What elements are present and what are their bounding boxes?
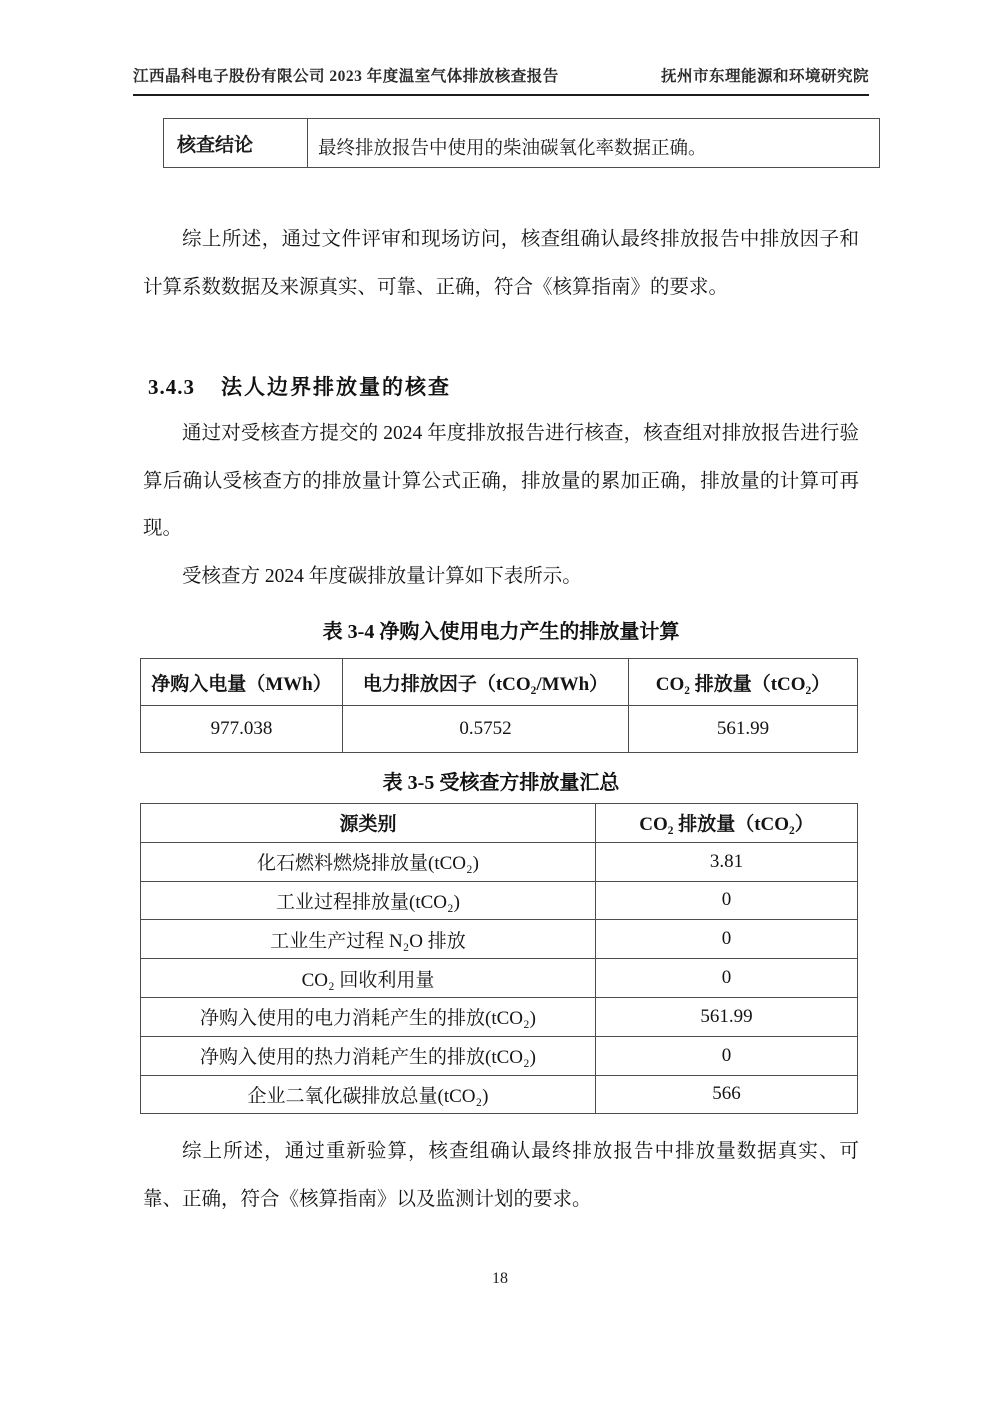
conclusion-table: 核查结论 最终排放报告中使用的柴油碳氧化率数据正确。 (163, 118, 880, 168)
table-row: CO₂ 回收利用量 0 (141, 959, 858, 998)
table-cell: 0 (596, 959, 858, 998)
table-cell: 净购入使用的热力消耗产生的排放(tCO₂) (141, 1036, 596, 1075)
header-right-text: 抚州市东理能源和环境研究院 (661, 64, 869, 86)
table-cell: CO₂ 回收利用量 (141, 959, 596, 998)
table-cell: 0 (596, 1036, 858, 1075)
table-cell: 0 (596, 881, 858, 920)
section-number: 3.4.3 (148, 375, 195, 399)
table-header-cell: CO₂ 排放量（tCO₂） (596, 804, 858, 843)
table-row: 核查结论 最终排放报告中使用的柴油碳氧化率数据正确。 (164, 119, 880, 168)
document-page: 江西晶科电子股份有限公司 2023 年度温室气体排放核查报告 抚州市东理能源和环… (0, 0, 1000, 1414)
table-3-5: 源类别 CO₂ 排放量（tCO₂） 化石燃料燃烧排放量(tCO₂) 3.81 工… (140, 803, 858, 1114)
table-cell: 977.038 (141, 706, 343, 753)
conclusion-content-cell: 最终排放报告中使用的柴油碳氧化率数据正确。 (308, 119, 880, 168)
table-row: 净购入使用的热力消耗产生的排放(tCO₂) 0 (141, 1036, 858, 1075)
table-row: 工业过程排放量(tCO₂) 0 (141, 881, 858, 920)
page-header: 江西晶科电子股份有限公司 2023 年度温室气体排放核查报告 抚州市东理能源和环… (133, 64, 869, 96)
table-cell: 0.5752 (343, 706, 629, 753)
table-3-4-title: 表 3-4 净购入使用电力产生的排放量计算 (143, 615, 859, 644)
table-cell: 工业生产过程 N₂O 排放 (141, 920, 596, 959)
table-row: 977.038 0.5752 561.99 (141, 706, 858, 753)
table-cell: 工业过程排放量(tCO₂) (141, 881, 596, 920)
table-header-cell: 净购入电量（MWh） (141, 659, 343, 706)
table-row: 工业生产过程 N₂O 排放 0 (141, 920, 858, 959)
table-header-cell: CO₂ 排放量（tCO₂） (629, 659, 858, 706)
section-heading: 3.4.3法人边界排放量的核查 (148, 371, 451, 401)
conclusion-label-cell: 核查结论 (164, 119, 308, 168)
table-cell: 566 (596, 1075, 858, 1114)
table-3-4: 净购入电量（MWh） 电力排放因子（tCO₂/MWh） CO₂ 排放量（tCO₂… (140, 658, 858, 753)
paragraph-table-intro: 受核查方 2024 年度碳排放量计算如下表所示。 (143, 553, 859, 601)
table-cell: 净购入使用的电力消耗产生的排放(tCO₂) (141, 997, 596, 1036)
table-cell: 561.99 (596, 997, 858, 1036)
table-cell: 企业二氧化碳排放总量(tCO₂) (141, 1075, 596, 1114)
table-cell: 561.99 (629, 706, 858, 753)
header-left-text: 江西晶科电子股份有限公司 2023 年度温室气体排放核查报告 (133, 64, 559, 86)
table-3-5-title: 表 3-5 受核查方排放量汇总 (143, 766, 859, 795)
table-row: 化石燃料燃烧排放量(tCO₂) 3.81 (141, 842, 858, 881)
table-header-row: 净购入电量（MWh） 电力排放因子（tCO₂/MWh） CO₂ 排放量（tCO₂… (141, 659, 858, 706)
table-row: 企业二氧化碳排放总量(tCO₂) 566 (141, 1075, 858, 1114)
table-header-cell: 电力排放因子（tCO₂/MWh） (343, 659, 629, 706)
paragraph-verification: 通过对受核查方提交的 2024 年度排放报告进行核查，核查组对排放报告进行验算后… (143, 410, 859, 553)
page-number: 18 (0, 1270, 1000, 1288)
paragraph-closing: 综上所述，通过重新验算，核查组确认最终排放报告中排放量数据真实、可靠、正确，符合… (143, 1128, 859, 1223)
paragraph-summary-factors: 综上所述，通过文件评审和现场访问，核查组确认最终排放报告中排放因子和计算系数数据… (143, 216, 859, 311)
table-cell: 0 (596, 920, 858, 959)
section-title: 法人边界排放量的核查 (221, 375, 451, 399)
table-header-cell: 源类别 (141, 804, 596, 843)
table-row: 净购入使用的电力消耗产生的排放(tCO₂) 561.99 (141, 997, 858, 1036)
table-cell: 化石燃料燃烧排放量(tCO₂) (141, 842, 596, 881)
table-header-row: 源类别 CO₂ 排放量（tCO₂） (141, 804, 858, 843)
table-cell: 3.81 (596, 842, 858, 881)
